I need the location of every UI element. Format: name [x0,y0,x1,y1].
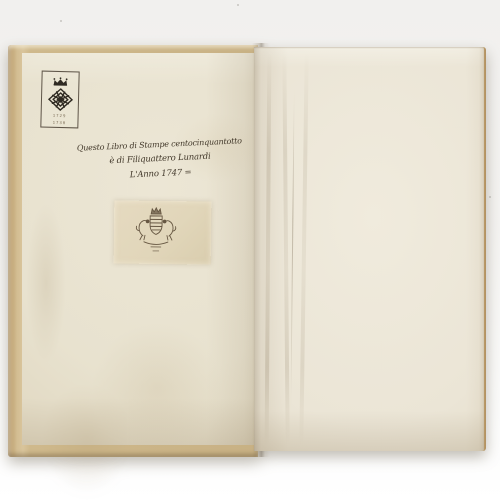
collector-stamp: 1729 1730 [40,71,79,129]
coat-of-arms-icon [129,206,184,257]
interlaced-knot-icon [47,88,73,112]
stamp-number-line: 1729 [53,113,67,118]
stamp-number-line: 1730 [53,120,67,125]
photo-background: 1729 1730 Questo Libro di Stampe centoci… [0,0,500,500]
left-pastedown-page: 1729 1730 Questo Libro di Stampe centoci… [22,53,258,445]
dust-speck [489,196,491,198]
crown-icon [51,77,69,86]
paper-wrinkle [282,53,289,445]
paper-crease-line [290,87,294,417]
open-book: 1729 1730 Questo Libro di Stampe centoci… [8,43,486,457]
manuscript-inscription: Questo Libro di Stampe centocinquantotto… [73,133,247,186]
right-endpaper-page [254,47,484,451]
stain [92,323,222,453]
paper-wrinkle [299,53,308,445]
bookplate-patch [114,200,212,264]
stain [26,203,66,363]
paper-wrinkle [265,53,272,445]
dust-speck [60,20,62,22]
dust-speck [237,4,239,6]
stain [42,383,132,493]
